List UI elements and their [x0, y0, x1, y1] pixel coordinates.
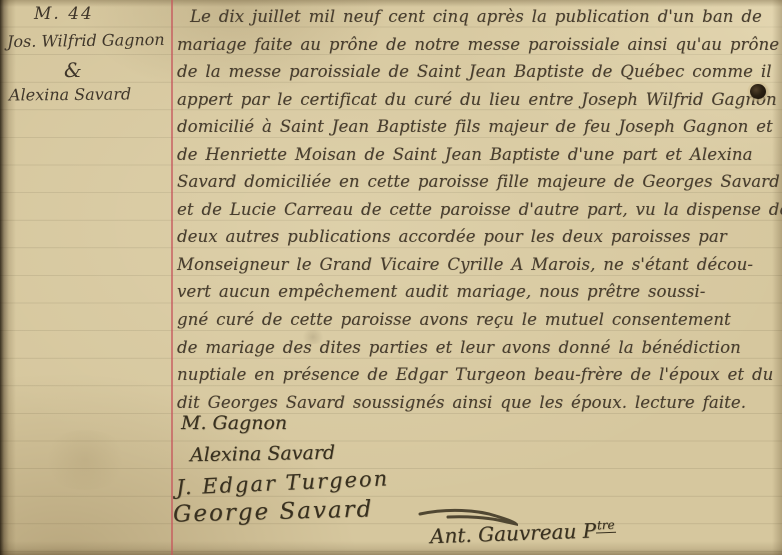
- paper-stain: [40, 430, 130, 490]
- punch-hole: [750, 84, 766, 99]
- act-number: M. 44: [34, 4, 94, 24]
- signature-bride: Alexina Savard: [190, 442, 335, 467]
- record-line: et de Lucie Carreau de cette paroisse d'…: [177, 196, 777, 224]
- record-line: appert par le certificat du curé du lieu…: [177, 86, 777, 114]
- record-line: mariage faite au prône de notre messe pa…: [177, 31, 777, 59]
- record-line: Monseigneur le Grand Vicaire Cyrille A M…: [177, 251, 777, 279]
- record-body: Le dix juillet mil neuf cent cinq après …: [177, 3, 777, 416]
- officiant-name: Ant. Gauvreau P: [430, 518, 597, 548]
- officiant-title-superscript: tre: [596, 518, 616, 534]
- record-line: vert aucun empêchement audit mariage, no…: [177, 278, 777, 306]
- record-line: de mariage des dites parties et leur avo…: [177, 334, 777, 362]
- margin-groom-name: Jos. Wilfrid Gagnon: [7, 30, 165, 51]
- record-line: gné curé de cette paroisse avons reçu le…: [177, 306, 777, 334]
- record-line: Le dix juillet mil neuf cent cinq après …: [177, 3, 777, 31]
- margin-ampersand: &: [64, 58, 82, 82]
- signature-witness-savard: George Savard: [173, 496, 374, 527]
- record-line: deux autres publications accordée pour l…: [177, 223, 777, 251]
- signature-witness-turgeon: J. Edgar Turgeon: [176, 466, 390, 499]
- signature-groom: M. Gagnon: [181, 412, 287, 434]
- record-line: de Henriette Moisan de Saint Jean Baptis…: [177, 141, 777, 169]
- red-margin-rule: [171, 0, 173, 555]
- record-line: domicilié à Saint Jean Baptiste fils maj…: [177, 113, 777, 141]
- margin-bride-name: Alexina Savard: [9, 84, 131, 104]
- register-page: M. 44 Jos. Wilfrid Gagnon & Alexina Sava…: [0, 0, 782, 555]
- record-line: Savard domiciliée en cette paroisse fill…: [177, 168, 777, 196]
- signature-officiant: Ant. Gauvreau Ptre: [430, 518, 617, 548]
- record-line: nuptiale en présence de Edgar Turgeon be…: [177, 361, 777, 389]
- record-line: de la messe paroissiale de Saint Jean Ba…: [177, 58, 777, 86]
